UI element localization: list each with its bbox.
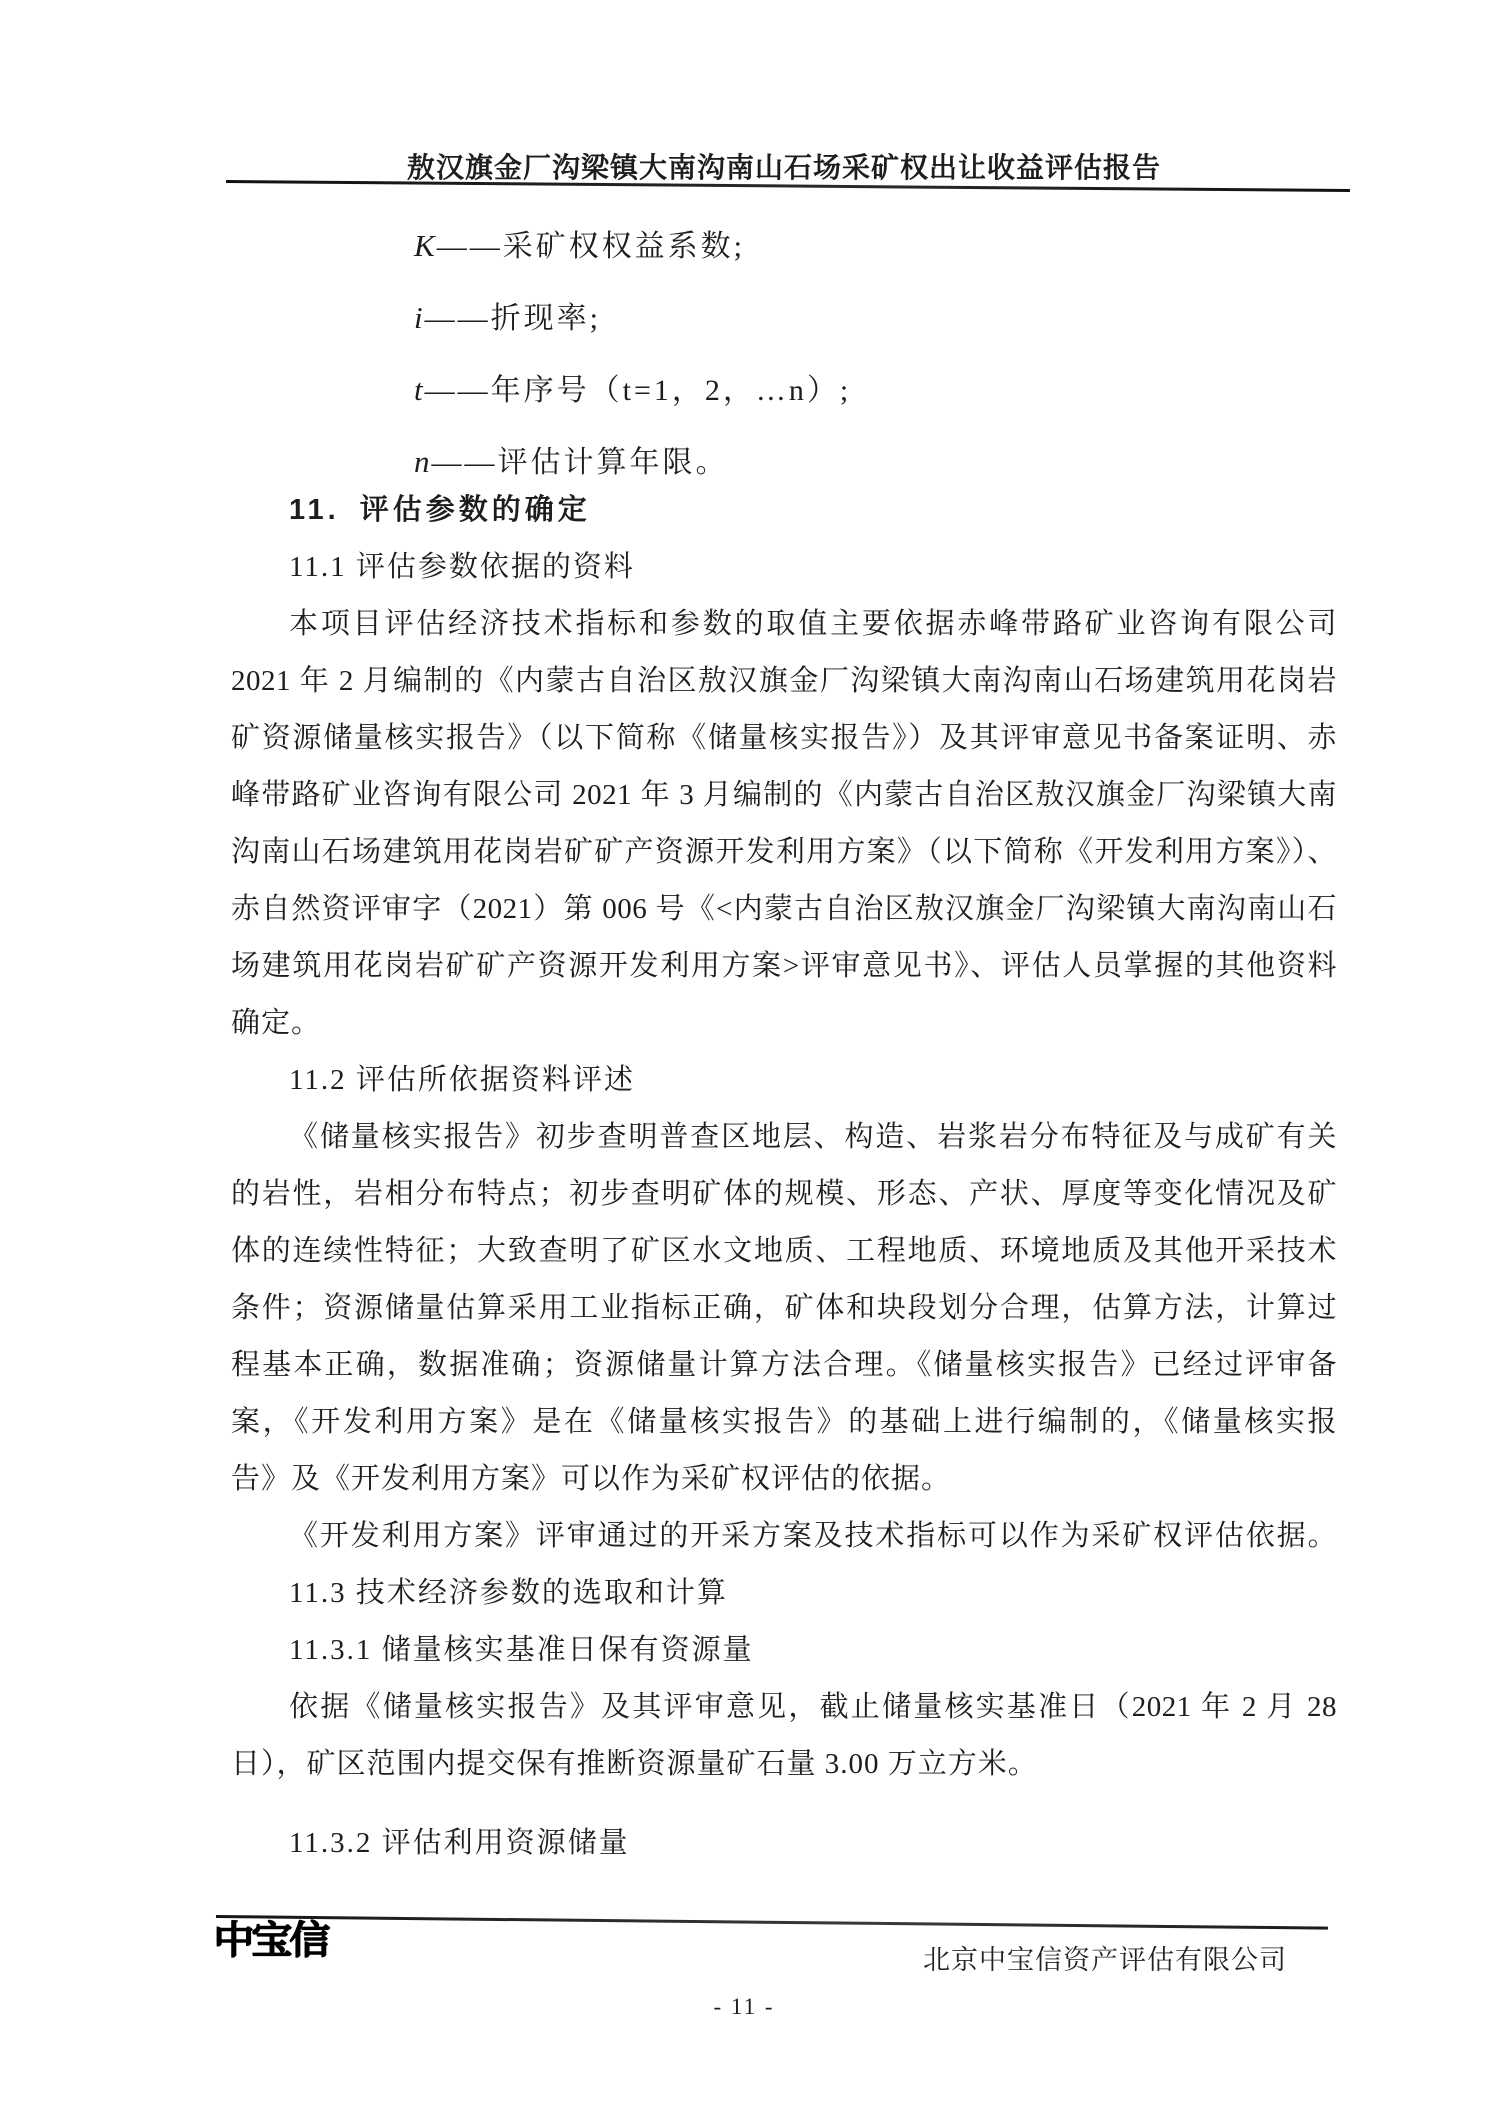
body-line: 确定。 [231, 995, 1337, 1052]
body-line: 《开发利用方案》评审通过的开采方案及技术指标可以作为采矿权评估依据。 [231, 1508, 1337, 1565]
body-line: 峰带路矿业咨询有限公司 2021 年 3 月编制的《内蒙古自治区敖汉旗金厂沟梁镇… [231, 767, 1337, 824]
section-heading-11: 11. 评估参数的确定 [231, 482, 1337, 539]
body-line: 日），矿区范围内提交保有推断资源量矿石量 3.00 万立方米。 [231, 1736, 1337, 1793]
body-line: 2021 年 2 月编制的《内蒙古自治区敖汉旗金厂沟梁镇大南沟南山石场建筑用花岗… [231, 653, 1337, 710]
section-heading-11-3-1: 11.3.1 储量核实基准日保有资源量 [231, 1622, 1337, 1679]
section-heading-11-3: 11.3 技术经济参数的选取和计算 [231, 1565, 1337, 1622]
document-page: 敖汉旗金厂沟梁镇大南沟南山石场采矿权出让收益评估报告 K——采矿权权益系数; i… [0, 0, 1488, 2104]
body-line: 告》及《开发利用方案》可以作为采矿权评估的依据。 [231, 1451, 1337, 1508]
body-line: 案，《开发利用方案》是在《储量核实报告》的基础上进行编制的，《储量核实报 [231, 1394, 1337, 1451]
page-number: - 11 - [0, 1994, 1488, 2020]
formula-symbol: t [414, 372, 423, 407]
body-line: 赤自然资评审字（2021）第 006 号《<内蒙古自治区敖汉旗金厂沟梁镇大南沟南… [231, 881, 1337, 938]
section-heading-11-3-2: 11.3.2 评估利用资源储量 [231, 1815, 1337, 1872]
formula-definition-n: n——评估计算年限。 [414, 444, 729, 480]
formula-definition-text: ——评估计算年限。 [432, 446, 729, 479]
footer-rule [216, 1915, 1328, 1930]
body-line: 矿资源储量核实报告》（以下简称《储量核实报告》）及其评审意见书备案证明、赤 [231, 710, 1337, 767]
body-line: 程基本正确，数据准确；资源储量计算方法合理。《储量核实报告》已经过评审备 [231, 1337, 1337, 1394]
body-line: 依据《储量核实报告》及其评审意见，截止储量核实基准日（2021 年 2 月 28 [231, 1679, 1337, 1736]
body-line: 条件；资源储量估算采用工业指标正确，矿体和块段划分合理，估算方法，计算过 [231, 1280, 1337, 1337]
body-line: 沟南山石场建筑用花岗岩矿矿产资源开发利用方案》（以下简称《开发利用方案》）、 [231, 824, 1337, 881]
formula-definition-text: ——折现率; [425, 302, 601, 335]
section-heading-11-1: 11.1 评估参数依据的资料 [231, 539, 1337, 596]
body-line: 本项目评估经济技术指标和参数的取值主要依据赤峰带路矿业咨询有限公司 [231, 596, 1337, 653]
formula-symbol: n [414, 444, 430, 479]
report-title: 敖汉旗金厂沟梁镇大南沟南山石场采矿权出让收益评估报告 [231, 146, 1337, 186]
body-text: 11. 评估参数的确定 11.1 评估参数依据的资料 本项目评估经济技术指标和参… [231, 482, 1337, 1872]
body-line: 《储量核实报告》初步查明普查区地层、构造、岩浆岩分布特征及与成矿有关 [231, 1109, 1337, 1166]
body-line: 的岩性，岩相分布特点；初步查明矿体的规模、形态、产状、厚度等变化情况及矿 [231, 1166, 1337, 1223]
formula-symbol: K [414, 228, 435, 263]
formula-definition-K: K——采矿权权益系数; [414, 228, 745, 264]
formula-definition-text: ——采矿权权益系数; [437, 230, 745, 263]
section-heading-11-2: 11.2 评估所依据资料评述 [231, 1052, 1337, 1109]
body-line: 体的连续性特征；大致查明了矿区水文地质、工程地质、环境地质及其他开采技术 [231, 1223, 1337, 1280]
footer-company-name: 北京中宝信资产评估有限公司 [231, 1938, 1337, 1977]
body-line: 场建筑用花岗岩矿矿产资源开发利用方案>评审意见书》、评估人员掌握的其他资料 [231, 938, 1337, 995]
formula-definition-i: i——折现率; [414, 300, 601, 336]
formula-definition-text: ——年序号（t=1，2，…n）; [425, 374, 852, 407]
formula-symbol: i [414, 300, 423, 335]
formula-definition-t: t——年序号（t=1，2，…n）; [414, 372, 851, 408]
